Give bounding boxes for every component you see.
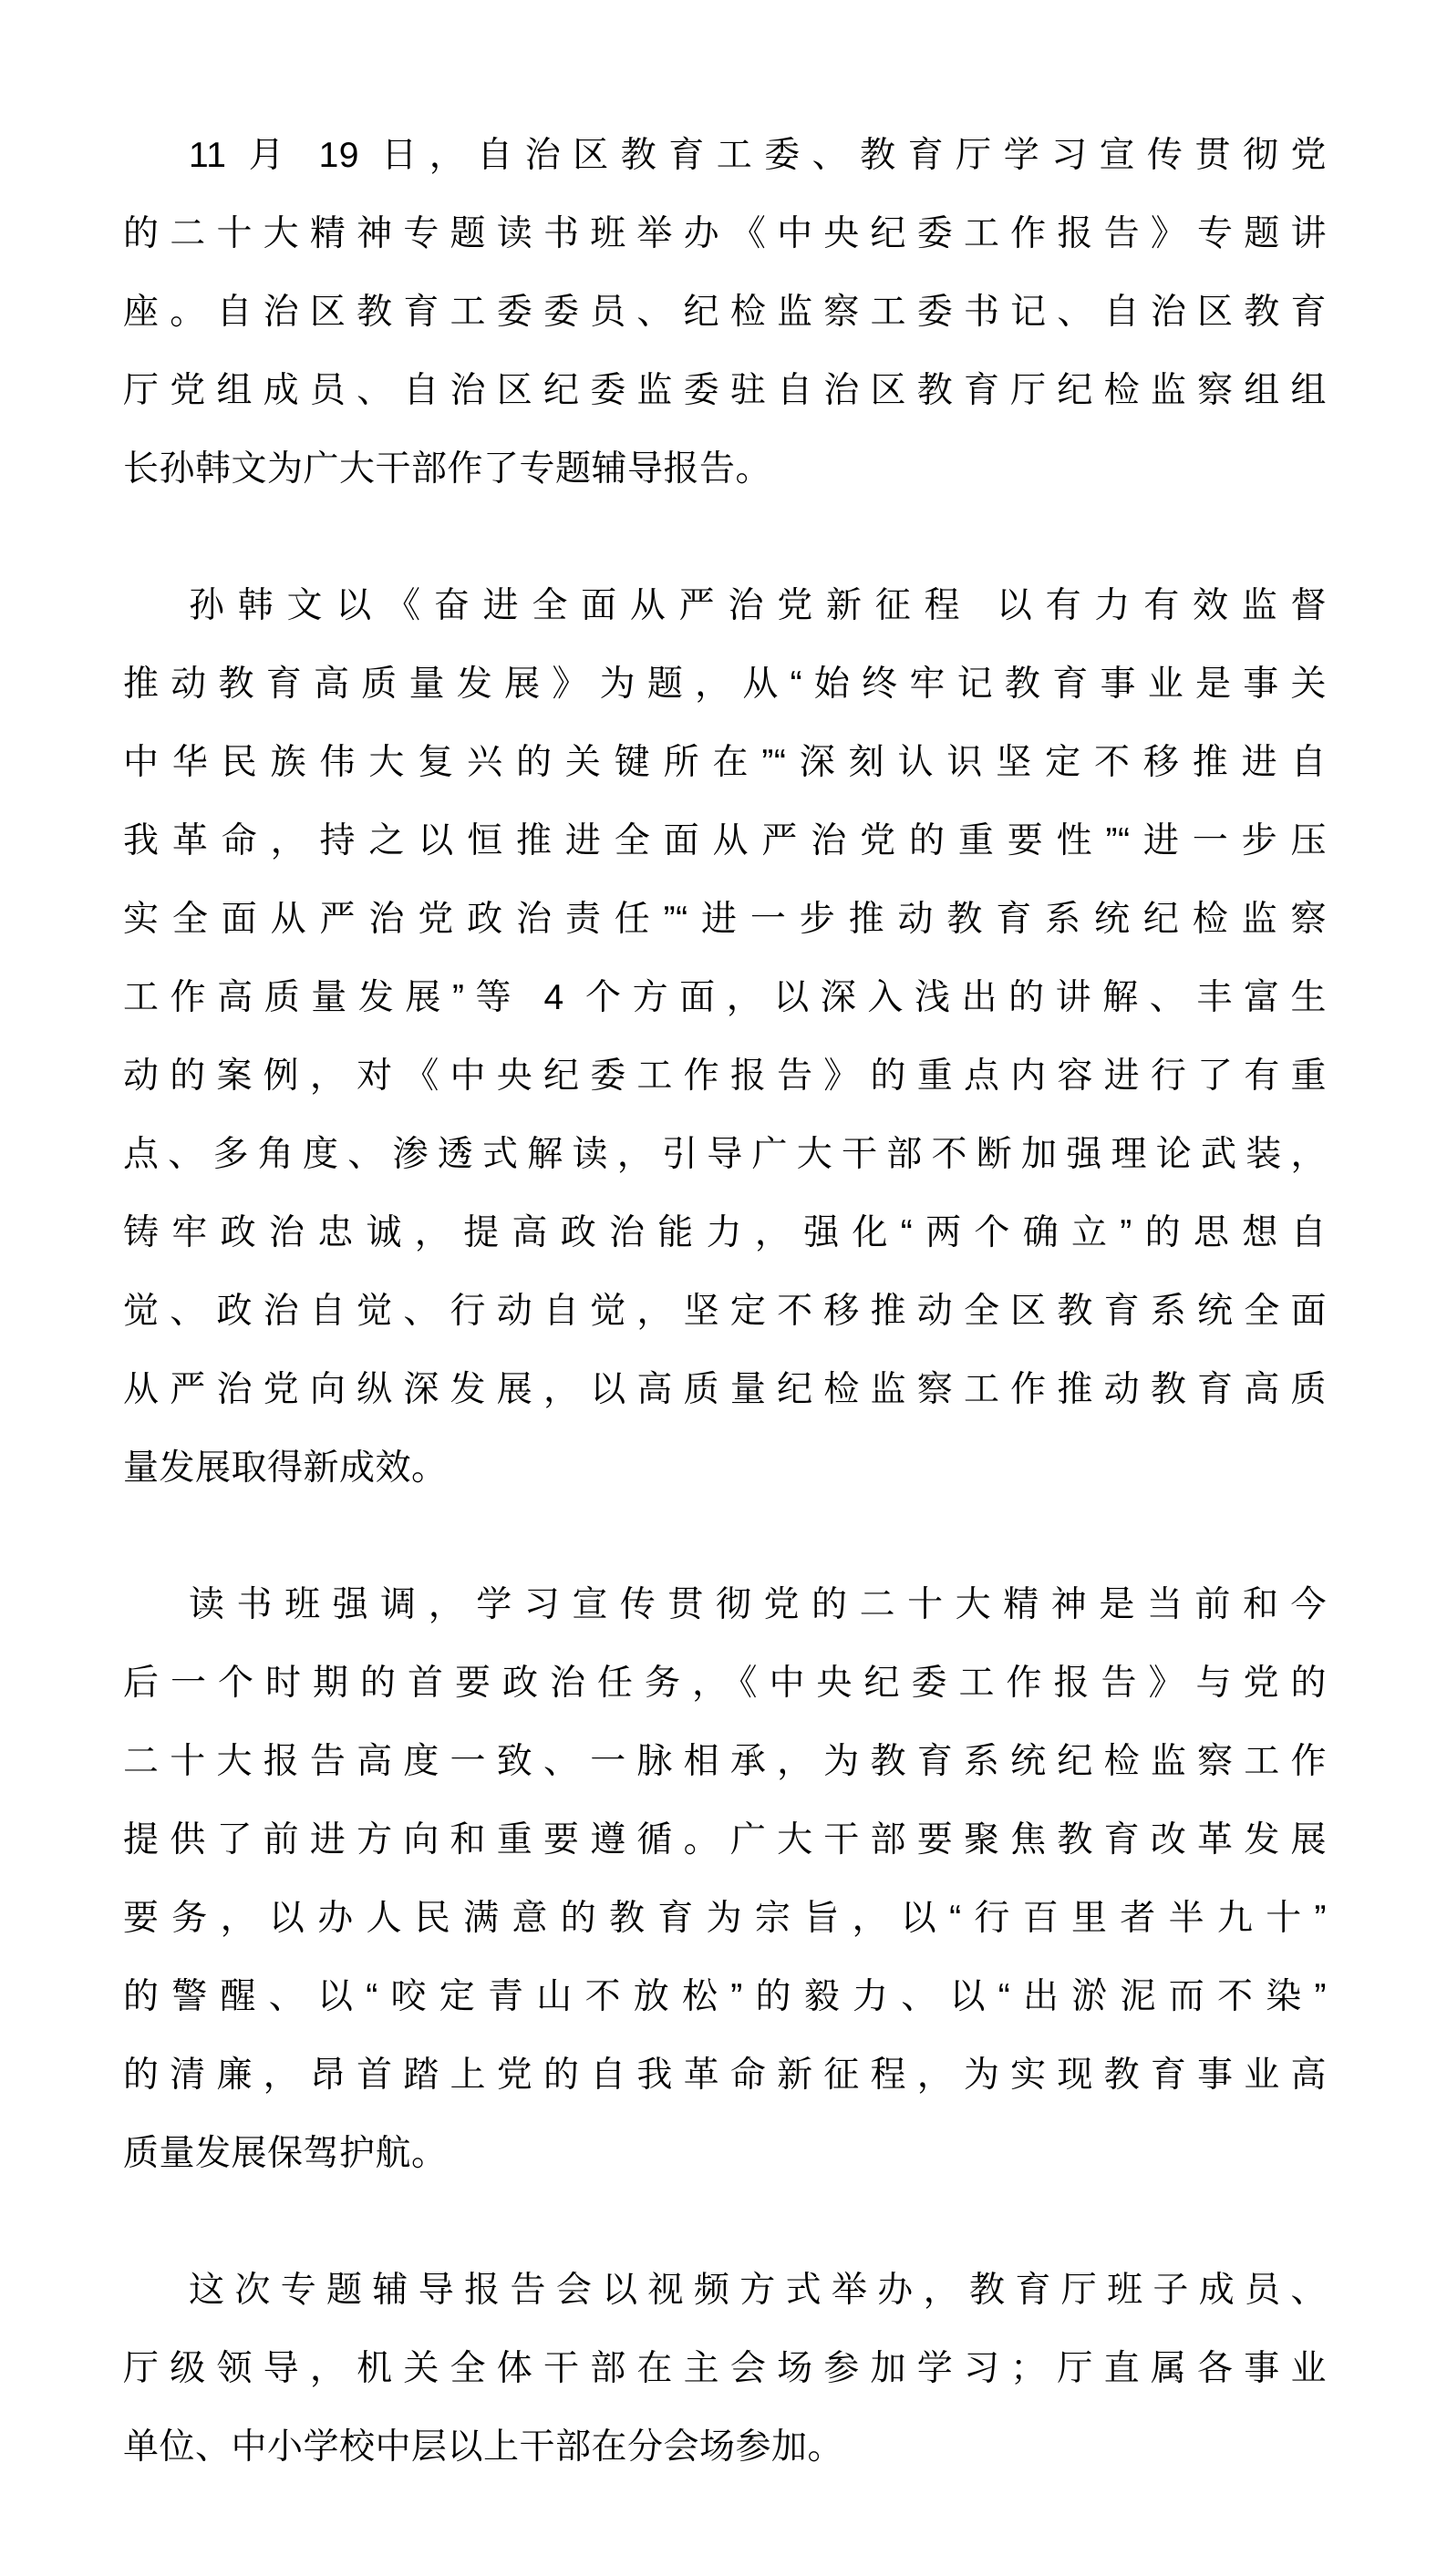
text-line: 这次专题辅导报告会以视频方式举办，教育厅班子成员、: [123, 2251, 1327, 2330]
text-line: 单位、中小学校中层以上干部在分会场参加。: [123, 2408, 1327, 2487]
text-line: 提供了前进方向和重要遵循。广大干部要聚焦教育改革发展: [123, 1801, 1327, 1880]
paragraph: 11 月 19 日，自治区教育工委、教育厅学习宣传贯彻党的二十大精神专题读书班举…: [123, 117, 1327, 509]
text-line: 的警醒、以“咬定青山不放松”的毅力、以“出淤泥而不染”: [123, 1958, 1327, 2036]
text-line: 工作高质量发展”等 4 个方面，以深入浅出的讲解、丰富生: [123, 959, 1327, 1037]
text-line: 二十大报告高度一致、一脉相承，为教育系统纪检监察工作: [123, 1723, 1327, 1801]
paragraph: 孙韩文以《奋进全面从严治党新征程 以有力有效监督推动教育高质量发展》为题，从“始…: [123, 567, 1327, 1508]
text-line: 点、多角度、渗透式解读，引导广大干部不断加强理论武装，: [123, 1116, 1327, 1194]
paragraph: 读书班强调，学习宣传贯彻党的二十大精神是当前和今后一个时期的首要政治任务，《中央…: [123, 1566, 1327, 2193]
text-line: 觉、政治自觉、行动自觉，坚定不移推动全区教育系统全面: [123, 1273, 1327, 1351]
text-line: 读书班强调，学习宣传贯彻党的二十大精神是当前和今: [123, 1566, 1327, 1644]
text-line: 中华民族伟大复兴的关键所在”“深刻认识坚定不移推进自: [123, 724, 1327, 802]
text-line: 厅级领导，机关全体干部在主会场参加学习；厅直属各事业: [123, 2330, 1327, 2408]
text-line: 的清廉，昂首踏上党的自我革命新征程，为实现教育事业高: [123, 2036, 1327, 2115]
text-line: 11 月 19 日，自治区教育工委、教育厅学习宣传贯彻党: [123, 117, 1327, 195]
text-line: 座。自治区教育工委委员、纪检监察工委书记、自治区教育: [123, 273, 1327, 352]
text-line: 厅党组成员、自治区纪委监委驻自治区教育厅纪检监察组组: [123, 352, 1327, 430]
article-body: 11 月 19 日，自治区教育工委、教育厅学习宣传贯彻党的二十大精神专题读书班举…: [123, 117, 1327, 2487]
paragraph: 这次专题辅导报告会以视频方式举办，教育厅班子成员、厅级领导，机关全体干部在主会场…: [123, 2251, 1327, 2487]
text-line: 从严治党向纵深发展，以高质量纪检监察工作推动教育高质: [123, 1351, 1327, 1429]
text-line: 量发展取得新成效。: [123, 1429, 1327, 1508]
text-line: 后一个时期的首要政治任务，《中央纪委工作报告》与党的: [123, 1644, 1327, 1723]
text-line: 长孙韩文为广大干部作了专题辅导报告。: [123, 430, 1327, 509]
text-line: 的二十大精神专题读书班举办《中央纪委工作报告》专题讲: [123, 195, 1327, 273]
text-line: 实全面从严治党政治责任”“进一步推动教育系统纪检监察: [123, 881, 1327, 959]
text-line: 铸牢政治忠诚，提高政治能力，强化“两个确立”的思想自: [123, 1194, 1327, 1273]
text-line: 孙韩文以《奋进全面从严治党新征程 以有力有效监督: [123, 567, 1327, 645]
document-page: 11 月 19 日，自治区教育工委、教育厅学习宣传贯彻党的二十大精神专题读书班举…: [0, 0, 1447, 2576]
text-line: 要务，以办人民满意的教育为宗旨，以“行百里者半九十”: [123, 1880, 1327, 1958]
text-line: 推动教育高质量发展》为题，从“始终牢记教育事业是事关: [123, 645, 1327, 724]
text-line: 质量发展保驾护航。: [123, 2115, 1327, 2193]
text-line: 动的案例，对《中央纪委工作报告》的重点内容进行了有重: [123, 1037, 1327, 1116]
text-line: 我革命，持之以恒推进全面从严治党的重要性”“进一步压: [123, 802, 1327, 881]
